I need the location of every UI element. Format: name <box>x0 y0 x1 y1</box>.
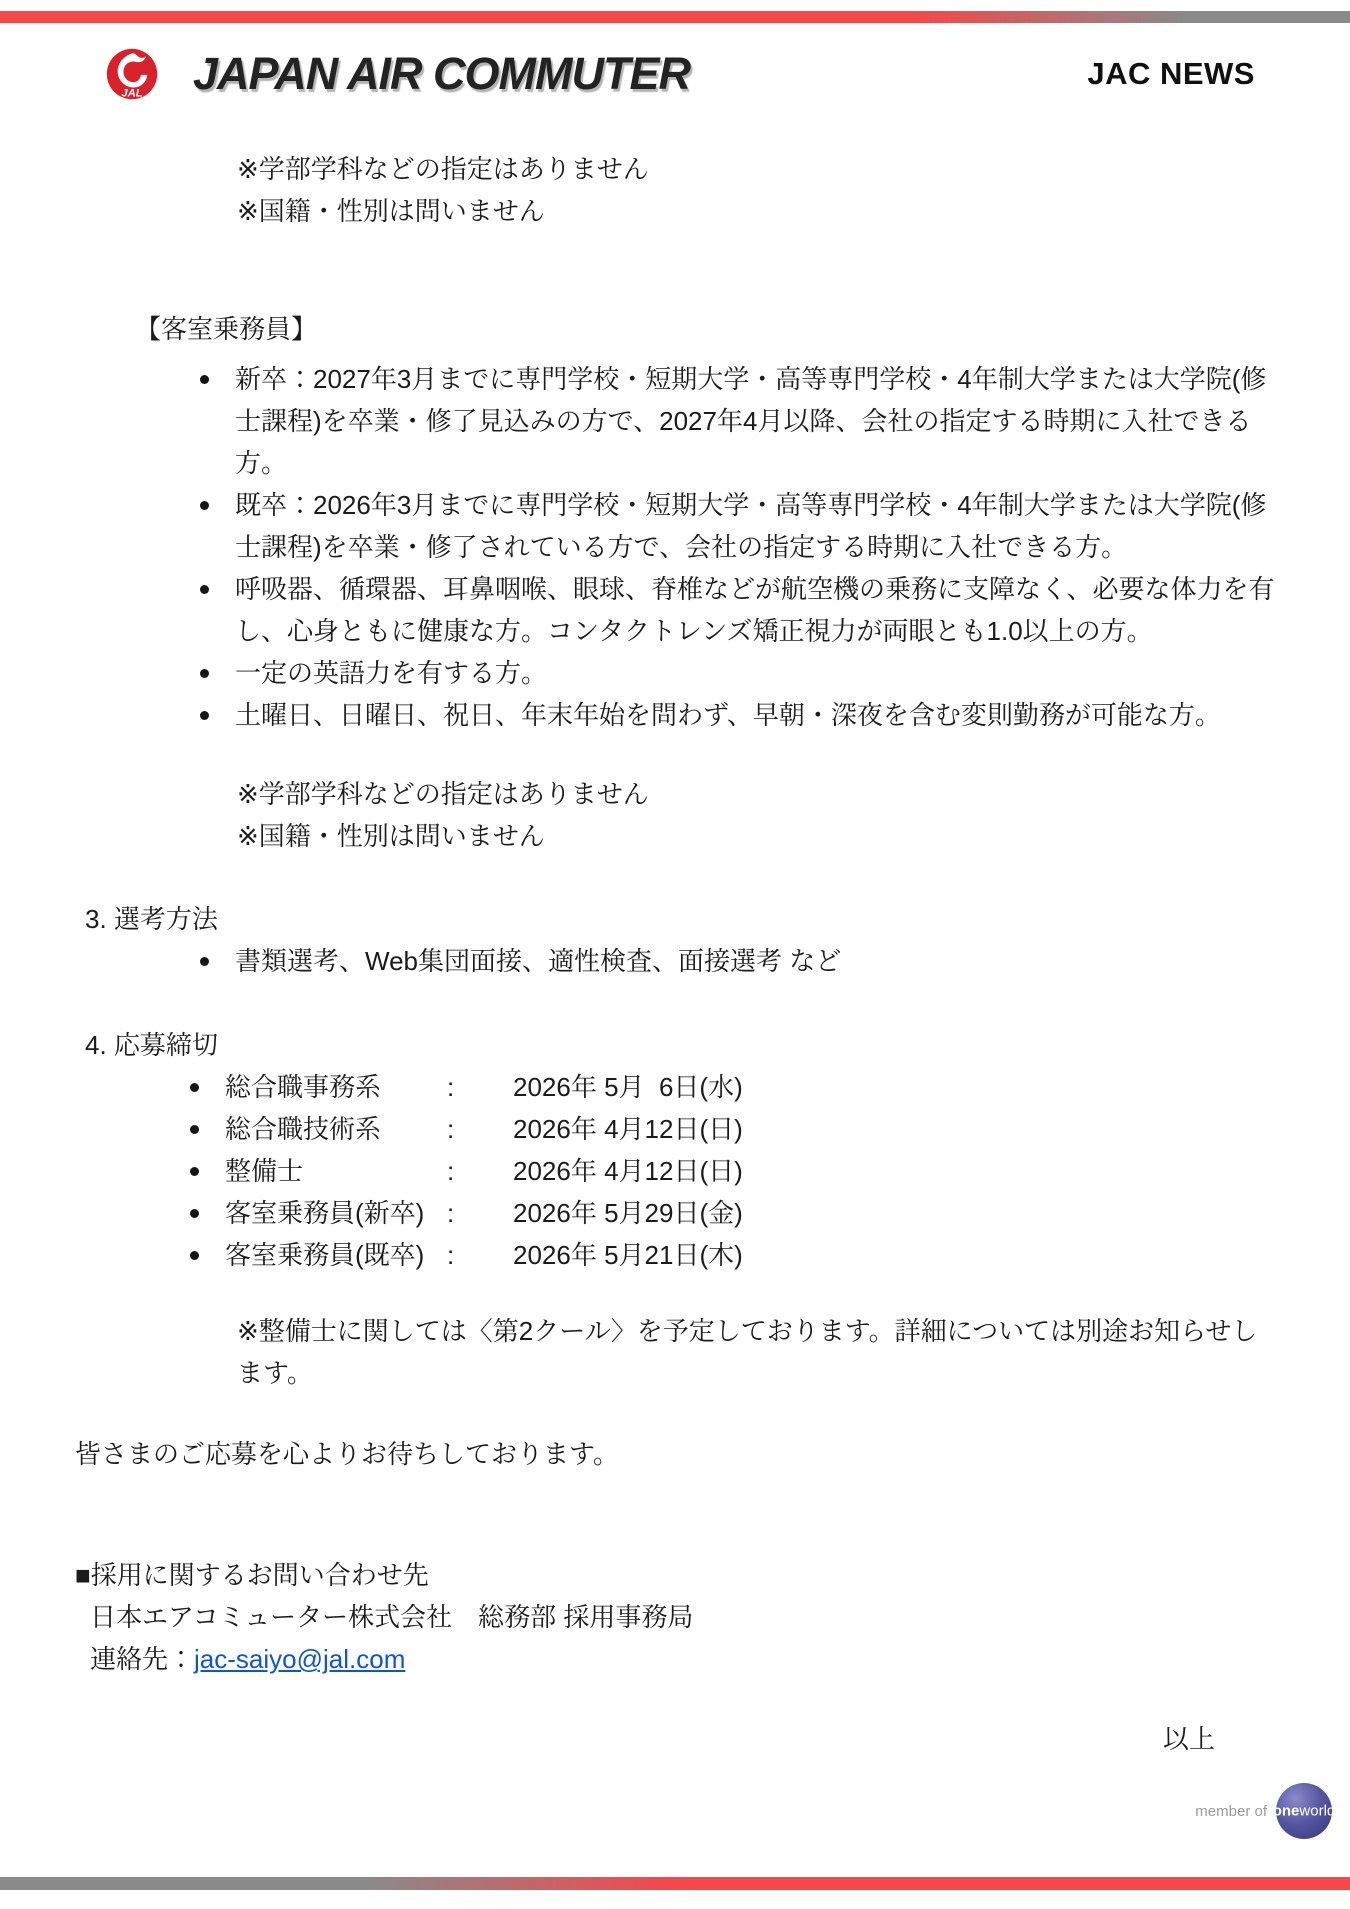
application-deadline-heading: 4. 応募締切 <box>85 1024 1275 1066</box>
contact-email-label: 連絡先： <box>90 1644 194 1674</box>
bottom-accent-bar <box>0 1877 1350 1890</box>
deadline-separator: : <box>447 1150 513 1192</box>
deadline-role: 総合職技術系 <box>225 1108 447 1150</box>
bullet-icon <box>190 1066 225 1108</box>
deadline-date: 2026年 5月29日(金) <box>513 1192 1275 1234</box>
document-header: JAL JAPAN AIR COMMUTER JAC NEWS <box>105 42 1255 106</box>
list-item-text: 呼吸器、循環器、耳鼻咽喉、眼球、脊椎などが航空機の乗務に支障なく、必要な体力を有… <box>235 568 1275 652</box>
oneworld-wordmark: oneworld <box>1273 1803 1336 1820</box>
deadline-row: 客室乗務員(新卒) : 2026年 5月29日(金) <box>190 1192 1275 1234</box>
note-line: ※国籍・性別は問いません <box>237 815 1275 857</box>
deadline-date: 2026年 5月 6日(水) <box>513 1066 1275 1108</box>
bullet-icon <box>190 1192 225 1234</box>
deadline-list: 総合職事務系 : 2026年 5月 6日(水) 総合職技術系 : 2026年 4… <box>75 1066 1275 1276</box>
deadline-row: 整備士 : 2026年 4月12日(日) <box>190 1150 1275 1192</box>
deadline-row: 客室乗務員(既卒) : 2026年 5月21日(木) <box>190 1234 1275 1276</box>
deadline-date: 2026年 4月12日(日) <box>513 1150 1275 1192</box>
list-item-text: 新卒：2027年3月までに専門学校・短期大学・高等専門学校・4年制大学または大学… <box>235 358 1275 484</box>
deadline-row: 総合職事務系 : 2026年 5月 6日(水) <box>190 1066 1275 1108</box>
list-item: 呼吸器、循環器、耳鼻咽喉、眼球、脊椎などが航空機の乗務に支障なく、必要な体力を有… <box>200 568 1275 652</box>
list-item: 書類選考、Web集団面接、適性検査、面接選考 など <box>200 940 1275 982</box>
note-line: ※学部学科などの指定はありません <box>237 773 1275 815</box>
brand-title: JAPAN AIR COMMUTER <box>193 48 690 100</box>
deadline-separator: : <box>447 1234 513 1276</box>
cabin-crew-notes: ※学部学科などの指定はありません ※国籍・性別は問いません <box>237 773 1275 857</box>
end-of-document-mark: 以上 <box>75 1718 1275 1760</box>
jal-logo-text: JAL <box>121 88 142 100</box>
member-of-label: member of <box>1195 1803 1267 1820</box>
intro-notes: ※学部学科などの指定はありません ※国籍・性別は問いません <box>237 148 1275 232</box>
jal-crane-icon: JAL <box>105 46 159 102</box>
contact-company: 日本エアコミューター株式会社 総務部 採用事務局 <box>90 1596 1275 1638</box>
list-item-text: 一定の英語力を有する方。 <box>235 652 1275 694</box>
bullet-icon <box>190 1234 225 1276</box>
cabin-crew-requirements-list: 新卒：2027年3月までに専門学校・短期大学・高等専門学校・4年制大学または大学… <box>75 358 1275 736</box>
list-item: 新卒：2027年3月までに専門学校・短期大学・高等専門学校・4年制大学または大学… <box>200 358 1275 484</box>
deadline-role: 整備士 <box>225 1150 447 1192</box>
deadline-date: 2026年 5月21日(木) <box>513 1234 1275 1276</box>
bullet-icon <box>200 694 235 736</box>
closing-message: 皆さまのご応募を心よりお待ちしております。 <box>75 1433 1275 1475</box>
selection-method-heading: 3. 選考方法 <box>85 898 1275 940</box>
bullet-icon <box>200 484 235 568</box>
list-item-text: 既卒：2026年3月までに専門学校・短期大学・高等専門学校・4年制大学または大学… <box>235 484 1275 568</box>
deadline-row: 総合職技術系 : 2026年 4月12日(日) <box>190 1108 1275 1150</box>
deadline-role: 客室乗務員(新卒) <box>225 1192 447 1234</box>
list-item: 土曜日、日曜日、祝日、年末年始を問わず、早朝・深夜を含む変則勤務が可能な方。 <box>200 694 1275 736</box>
note-line: ※国籍・性別は問いません <box>237 190 1275 232</box>
deadline-separator: : <box>447 1066 513 1108</box>
deadline-separator: : <box>447 1108 513 1150</box>
contact-heading: ■採用に関するお問い合わせ先 <box>75 1554 1275 1596</box>
deadline-separator: : <box>447 1192 513 1234</box>
list-item-text: 書類選考、Web集団面接、適性検査、面接選考 など <box>235 940 1275 982</box>
bullet-icon <box>190 1108 225 1150</box>
deadline-role: 客室乗務員(既卒) <box>225 1234 447 1276</box>
cabin-crew-heading: 【客室乗務員】 <box>135 308 1275 350</box>
document-body: ※学部学科などの指定はありません ※国籍・性別は問いません 【客室乗務員】 新卒… <box>75 148 1275 1760</box>
oneworld-globe-icon: oneworld <box>1276 1783 1332 1839</box>
contact-email-line: 連絡先：jac-saiyo@jal.com <box>90 1638 1275 1680</box>
bullet-icon <box>200 358 235 484</box>
bullet-icon <box>200 652 235 694</box>
newsletter-label: JAC NEWS <box>1087 56 1255 92</box>
bullet-icon <box>200 568 235 652</box>
note-line: ※学部学科などの指定はありません <box>237 148 1275 190</box>
list-item: 既卒：2026年3月までに専門学校・短期大学・高等専門学校・4年制大学または大学… <box>200 484 1275 568</box>
bullet-icon <box>190 1150 225 1192</box>
list-item: 一定の英語力を有する方。 <box>200 652 1275 694</box>
deadline-date: 2026年 4月12日(日) <box>513 1108 1275 1150</box>
bullet-icon <box>200 940 235 982</box>
email-link[interactable]: jac-saiyo@jal.com <box>194 1644 405 1674</box>
oneworld-logo: member of oneworld <box>1195 1782 1332 1840</box>
mechanic-second-round-note: ※整備士に関しては〈第2クール〉を予定しております。詳細については別途お知らせし… <box>237 1310 1275 1394</box>
top-accent-bar <box>0 11 1350 23</box>
list-item-text: 土曜日、日曜日、祝日、年末年始を問わず、早朝・深夜を含む変則勤務が可能な方。 <box>235 694 1275 736</box>
deadline-role: 総合職事務系 <box>225 1066 447 1108</box>
